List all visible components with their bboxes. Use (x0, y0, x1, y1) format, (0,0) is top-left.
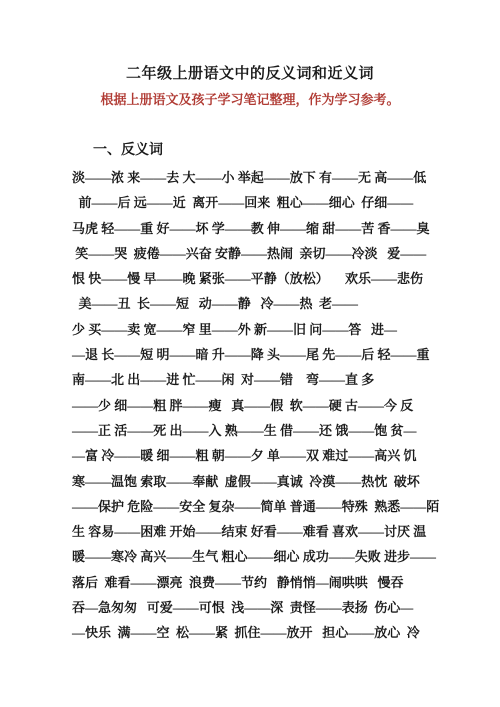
page-title: 二年级上册语文中的反义词和近义词 (0, 62, 500, 83)
text-line: 寒——温饱 索取——奉献 虚假——真诚 冷漠——热忱 破坏 (72, 469, 432, 494)
text-line: 马虎 轻——重 好——坏 学——教 伸——缩 甜——苦 香——臭 (72, 216, 432, 241)
text-line: 前——后 远——近 离开——回来 粗心——细心 仔细—— (72, 190, 432, 215)
text-line: 淡——浓 来——去 大——小 举起——放下 有——无 高——低 (72, 165, 432, 190)
subtitle-note: 根据上册语文及孩子学习笔记整理，作为学习参考。 (0, 89, 500, 108)
text-line: —快乐 满——空 松——紧 抓住——放开 担心——放心 冷 (72, 620, 432, 645)
section-heading-antonyms: 一、反义词 (93, 139, 163, 159)
text-line: 落后 难看——漂亮 浪费——节约 静悄悄—闹哄哄 慢吞 (72, 570, 432, 595)
text-line: ——正 活——死 出——入 熟——生 借——还 饿——饱 贫— (72, 418, 432, 443)
document-page: 二年级上册语文中的反义词和近义词 根据上册语文及孩子学习笔记整理，作为学习参考。… (0, 0, 500, 707)
text-line: 暖——寒冷 高兴——生气 粗心——细心 成功——失败 进步—— (72, 544, 432, 569)
text-line: 笑——哭 疲倦——兴奋 安静——热闹 亲切——冷淡 爱—— (72, 241, 432, 266)
text-line: 生 容易——困难 开始——结束 好看——难看 喜欢——讨厌 温 (72, 519, 432, 544)
text-line: 南——北 出——进 忙——闲 对——错 弯——直 多 (72, 367, 432, 392)
text-line: 美——丑 长——短 动——静 冷——热 老—— (72, 291, 432, 316)
text-line: 少 买——卖 宽——窄 里——外 新——旧 问——答 进— (72, 317, 432, 342)
text-line: 恨 快——慢 早——晚 紧张——平静（放松） 欢乐——悲伤 (72, 266, 432, 291)
text-line: —富 冷——暖 细——粗 朝——夕 单——双 难过——高兴 饥 (72, 443, 432, 468)
text-line: 吞—急匆匆 可爱——可恨 浅——深 责怪——表扬 伤心— (72, 595, 432, 620)
text-line: —退 长——短 明——暗 升——降 头——尾 先——后 轻——重 (72, 342, 432, 367)
antonym-list: 淡——浓 来——去 大——小 举起——放下 有——无 高——低 前——后 远——… (72, 165, 432, 646)
text-line: ——保护 危险——安全 复杂——简单 普通——特殊 熟悉——陌 (72, 494, 432, 519)
text-line: ——少 细——粗 胖——瘦 真——假 软——硬 古——今 反 (72, 393, 432, 418)
